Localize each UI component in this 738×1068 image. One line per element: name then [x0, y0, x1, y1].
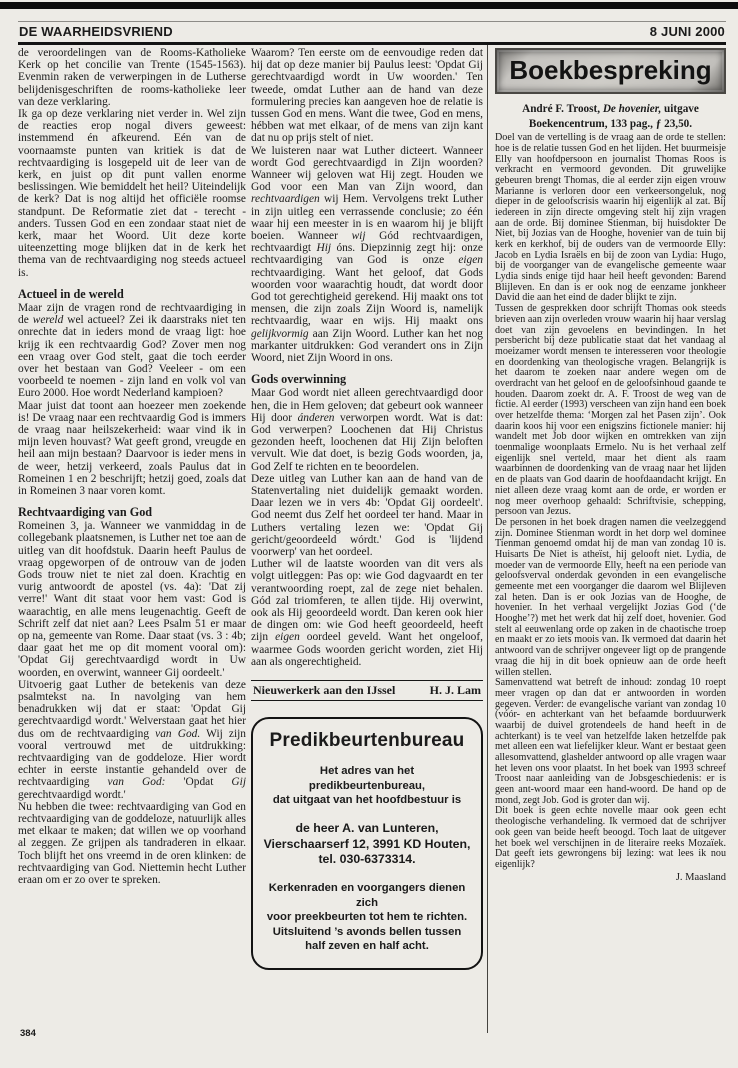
review-text: Doel van de vertelling is de vraag aan d… [495, 133, 726, 870]
reviewer-name: J. Maasland [495, 872, 726, 883]
paragraph: Dit boek is geen echte novelle maar ook … [495, 806, 726, 870]
predikbeurtenbureau-box: Predikbeurtenbureau Het adres van het pr… [251, 717, 483, 970]
issue-date: 8 JUNI 2000 [650, 24, 725, 39]
top-border-bar [0, 2, 738, 9]
paragraph: Tussen de gesprekken door schrijft Thoma… [495, 304, 726, 518]
section-heading: Rechtvaardiging van God [18, 506, 246, 519]
paragraph: Maar God wordt niet alleen gerechtvaardi… [251, 387, 483, 472]
paragraph: Luther wil de laatste woorden van dit ve… [251, 558, 483, 668]
signature-author: H. J. Lam [430, 684, 481, 697]
newspaper-page: DE WAARHEIDSVRIEND 8 JUNI 2000 de veroor… [0, 0, 738, 1068]
paragraph: Samenvattend wat betreft de inhoud: zond… [495, 678, 726, 806]
column-right: Boekbespreking André F. Troost, De hoven… [495, 47, 726, 883]
article-signature: Nieuwerkerk aan den IJssel H. J. Lam [251, 680, 483, 701]
paragraph: Deze uitleg van Luther kan aan de hand v… [251, 473, 483, 558]
book-info: André F. Troost, De hovenier, uitgave Bo… [495, 102, 726, 131]
paragraph: Romeinen 3, ja. Wanneer we vanmiddag in … [18, 520, 246, 679]
page-header: DE WAARHEIDSVRIEND 8 JUNI 2000 [18, 21, 726, 45]
advert-intro: Het adres van het predikbeurtenbureau, d… [261, 764, 473, 807]
column-divider-rule [487, 45, 488, 1033]
section-heading: Actueel in de wereld [18, 288, 246, 301]
paragraph: Ik ga op deze verklaring niet verder in.… [18, 108, 246, 279]
boekbespreking-header-box: Boekbespreking [495, 48, 726, 94]
column-left: de veroordelingen van de Rooms-Katholiek… [18, 47, 246, 886]
column-middle-text: Waarom? Ten eerste om de eenvoudige rede… [251, 47, 483, 668]
signature-place: Nieuwerkerk aan den IJssel [253, 684, 395, 697]
paragraph: We luisteren naar wat Luther dicteert. W… [251, 145, 483, 365]
advert-title: Predikbeurtenbureau [261, 731, 473, 751]
paragraph: Maar zijn de vragen rond de rechtvaardig… [18, 302, 246, 400]
advert-address: de heer A. van Lunteren, Vierschaarserf … [261, 821, 473, 869]
paragraph: Nu hebben die twee: rechtvaardiging van … [18, 801, 246, 886]
paragraph: Doel van de vertelling is de vraag aan d… [495, 133, 726, 304]
column-middle: Waarom? Ten eerste om de eenvoudige rede… [251, 47, 483, 970]
publication-title: DE WAARHEIDSVRIEND [19, 24, 173, 39]
advert-note: Kerkenraden en voorgangers dienen zich v… [261, 881, 473, 953]
paragraph: De personen in het boek dragen namen die… [495, 518, 726, 678]
paragraph: de veroordelingen van de Rooms-Katholiek… [18, 47, 246, 108]
section-heading: Gods overwinning [251, 373, 483, 386]
page-number: 384 [20, 1028, 36, 1039]
paragraph: Waarom? Ten eerste om de eenvoudige rede… [251, 47, 483, 145]
boekbespreking-title: Boekbespreking [509, 57, 711, 85]
paragraph: Maar juist dat toont aan hoezeer men zoe… [18, 400, 246, 498]
paragraph: Uitvoerig gaat Luther de betekenis van d… [18, 679, 246, 801]
